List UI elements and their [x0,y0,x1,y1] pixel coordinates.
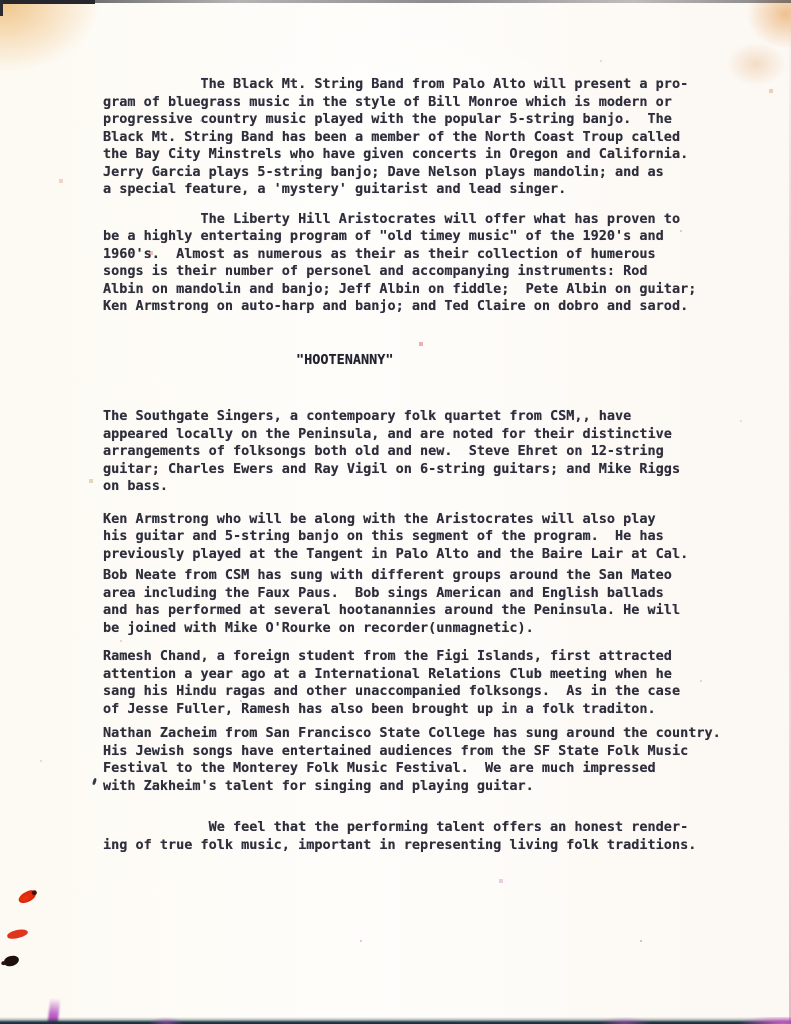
hootenanny-heading: "HOOTENANNY" [296,352,775,370]
document-body: The Black Mt. String Band from Palo Alto… [103,76,775,854]
dark-ink-blot [3,955,19,967]
scan-edge-bottom [0,1017,791,1024]
scan-edge-top [0,0,791,3]
red-ink-blot-1 [17,888,38,905]
paragraph-closing: We feel that the performing talent offer… [103,819,775,854]
red-ink-blot-2 [6,928,28,941]
paragraph-black-mt-string-band: The Black Mt. String Band from Palo Alto… [103,76,775,199]
paragraph-ken-armstrong: Ken Armstrong who will be along with the… [103,511,775,564]
stray-tick-mark [92,778,97,786]
paragraph-southgate-singers: The Southgate Singers, a contempoary fol… [103,408,775,496]
paragraph-liberty-hill-aristocrates: The Liberty Hill Aristocrates will offer… [103,211,775,316]
paragraph-nathan-zacheim: Nathan Zacheim from San Francisco State … [103,725,775,795]
scan-edge-left [0,0,3,16]
paper-speckles [0,0,2,2]
scanned-document-page: The Black Mt. String Band from Palo Alto… [0,0,791,1024]
paragraph-bob-neate: Bob Neate from CSM has sung with differe… [103,567,775,637]
paragraph-ramesh-chand: Ramesh Chand, a foreign student from the… [103,648,775,718]
